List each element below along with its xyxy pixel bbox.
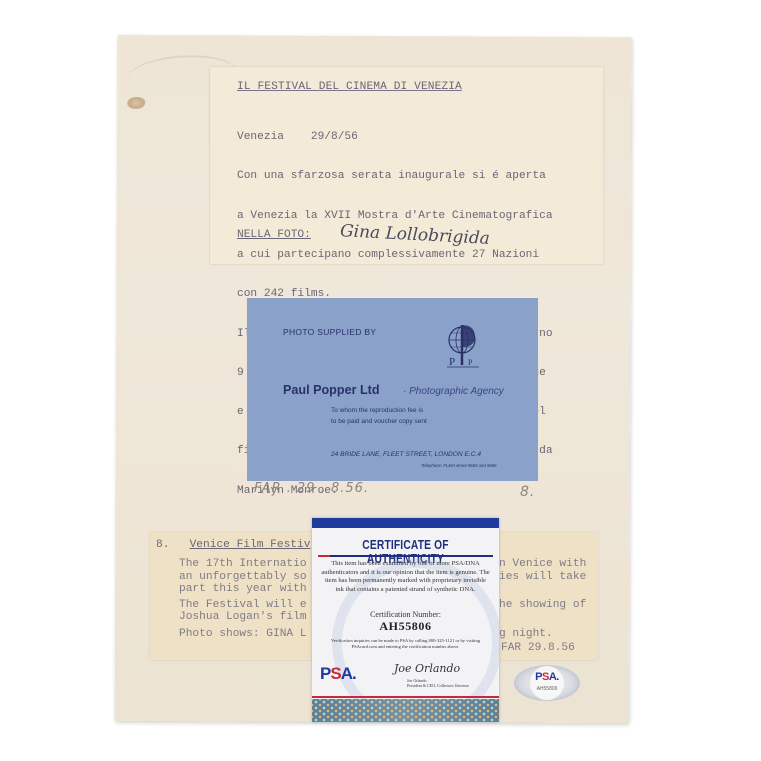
ceo-signature: Joe Orlando: [394, 662, 460, 675]
clipping-line: Con una sfarzosa serata inaugurale si é …: [237, 170, 553, 183]
clipping-number: 8.: [156, 539, 169, 551]
heading-rule-accent: [318, 555, 330, 557]
verification-note: Verification inquiries can be made to PS…: [320, 638, 491, 650]
clipping-line: part this year with: [179, 583, 307, 595]
clipping-line: g night.: [499, 628, 553, 640]
clipping-line: n Venice with: [499, 558, 586, 570]
italian-press-clipping: IL FESTIVAL DEL CINEMA DI VENEZIA Venezi…: [210, 67, 603, 264]
certification-number-label: Certification Number:: [312, 610, 499, 619]
signer-title: Joe Orlando President & CEO, Collectors …: [407, 678, 469, 688]
clipping-line: ies will take: [499, 571, 586, 583]
heading-rule: [318, 555, 493, 557]
agency-address: 24 BRIDE LANE, FLEET STREET, LONDON E.C.…: [331, 451, 481, 458]
clipping-line: The Festival will e: [179, 599, 307, 611]
clipping-line: Photo shows: GINA L: [179, 628, 307, 640]
agency-stamp-card: PHOTO SUPPLIED BY P P Paul Popper Ltd · …: [247, 298, 538, 481]
pencil-number-note: 8.: [520, 484, 535, 500]
agency-tagline: · Photographic Agency: [403, 386, 504, 397]
clipping-line: Joshua Logan's film: [179, 611, 307, 623]
company-name: Paul Popper Ltd: [283, 383, 380, 397]
agency-telephone: Telephone: FLEet street 9665 and 9666: [421, 463, 497, 468]
header-band: [312, 518, 499, 528]
clipping-line: he showing of: [499, 599, 586, 611]
certification-number: AH55806: [312, 619, 499, 634]
svg-text:P: P: [449, 356, 455, 368]
svg-text:P: P: [468, 358, 473, 367]
clipping-title: Venice Film Festiv: [190, 539, 311, 551]
clipping-line: FAR 29.8.56: [501, 642, 575, 654]
psa-hologram-sticker: PSA. AH55806: [514, 665, 580, 701]
clipping-line: a cui partecipano complessivamente 27 Na…: [237, 249, 553, 262]
stain-mark: [127, 97, 145, 109]
psa-logo: PSA.: [320, 664, 356, 684]
clipping-dateline: Venezia 29/8/56: [237, 131, 553, 144]
fee-instructions: To whom the reproduction fee is to be pa…: [331, 405, 427, 427]
clipping-heading: 8. Venice Film Festiv: [156, 539, 310, 551]
authenticity-statement: This item has been examined by one or mo…: [320, 560, 491, 594]
clipping-line: an unforgettably so: [179, 571, 307, 583]
photo-supplied-by-label: PHOTO SUPPLIED BY: [283, 327, 376, 337]
clipping-title: IL FESTIVAL DEL CINEMA DI VENEZIA: [237, 81, 462, 93]
clipping-line: a Venezia la XVII Mostra d'Arte Cinemato…: [237, 210, 553, 223]
hologram-strip: [312, 699, 499, 722]
red-stripe: [312, 696, 499, 698]
clipping-line: The 17th Internatio: [179, 558, 307, 570]
certificate-of-authenticity: CERTIFICATE OF AUTHENTICITY This item ha…: [312, 518, 499, 722]
sticker-cert-number: AH55806: [514, 686, 580, 692]
sticker-psa-logo: PSA.: [514, 671, 580, 683]
pencil-date-note: FAR . 29 . 8.56.: [254, 481, 369, 496]
nella-foto-label: NELLA FOTO:: [237, 229, 311, 241]
globe-logo-icon: P P: [445, 323, 481, 371]
